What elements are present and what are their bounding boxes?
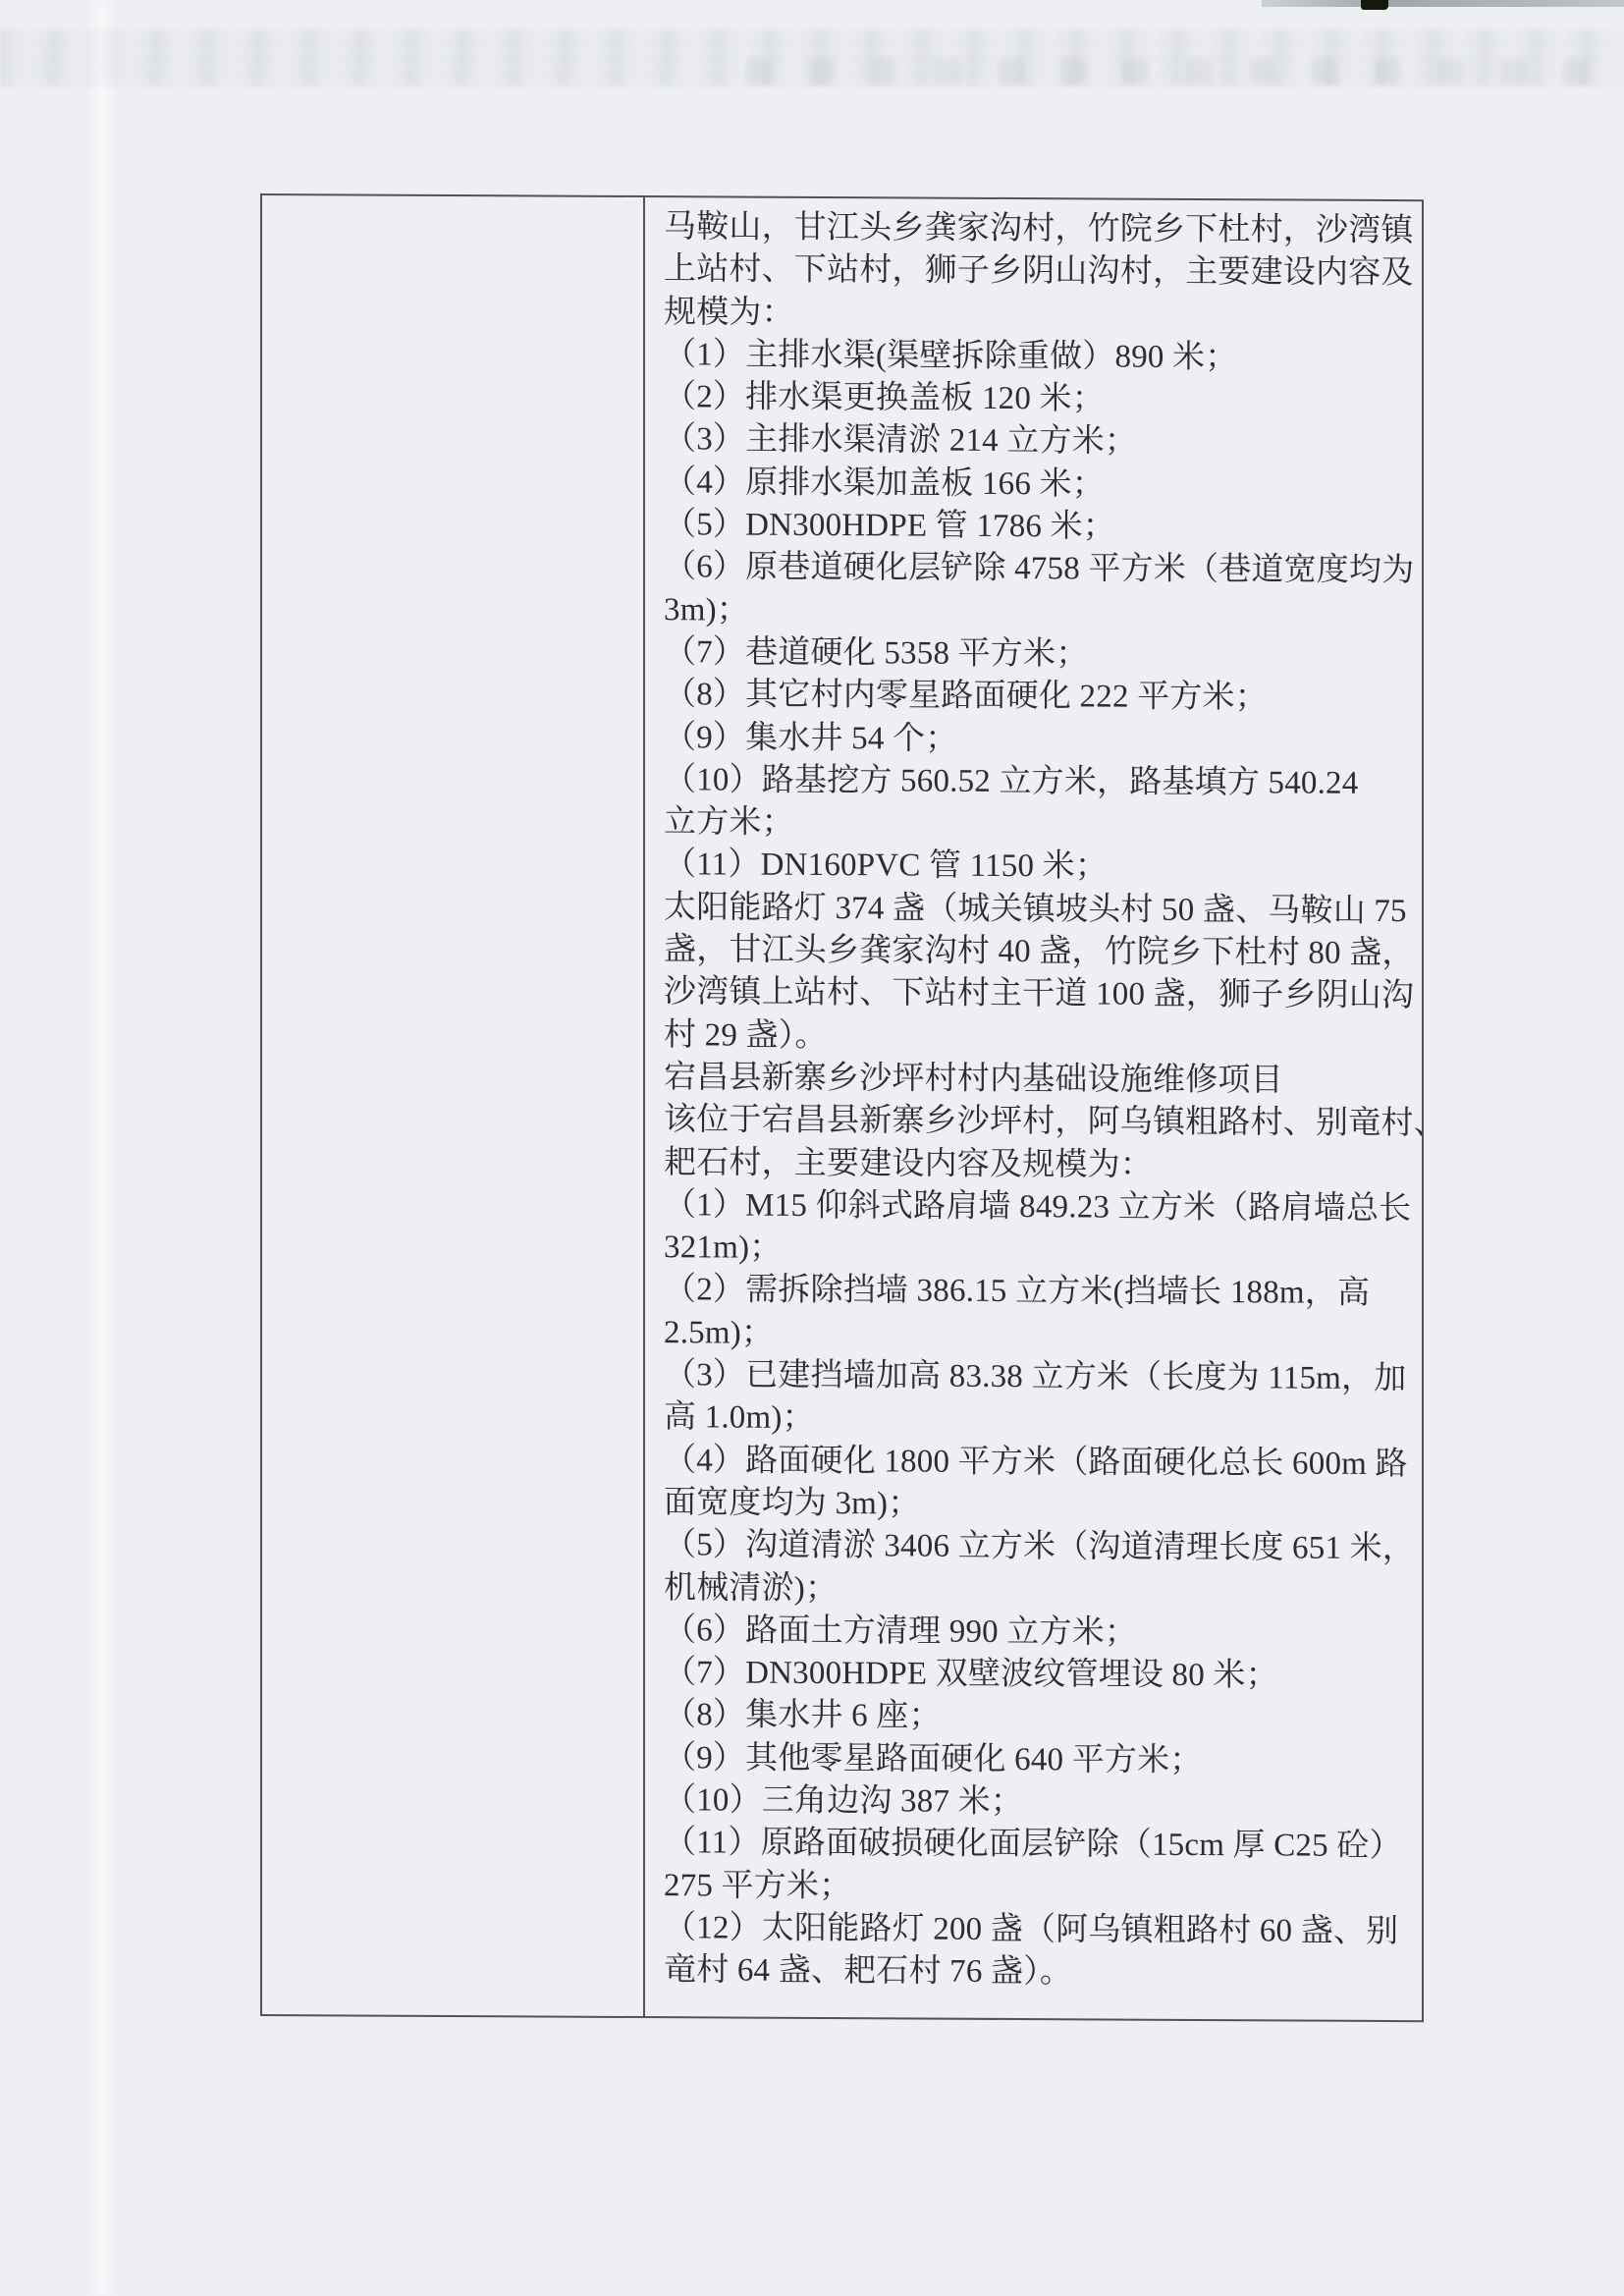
text-line: （3）主排水渠清淤 214 立方米；: [664, 419, 1416, 465]
text-line: （4）原排水渠加盖板 166 米；: [664, 462, 1416, 508]
text-line: （9）其他零星路面硬化 640 平方米；: [664, 1737, 1416, 1783]
text-line: 村 29 盏）。: [664, 1014, 1416, 1061]
text-line: 275 平方米；: [664, 1865, 1416, 1911]
text-line: （3）已建挡墙加高 83.38 立方米（长度为 115m，加: [664, 1354, 1416, 1400]
text-line: （5）沟道清淤 3406 立方米（沟道清理长度 651 米，: [664, 1524, 1416, 1570]
text-line: 竜村 64 盏、耙石村 76 盏）。: [664, 1949, 1416, 1995]
text-line: （11）原路面破损硬化面层铲除（15cm 厚 C25 砼）: [664, 1822, 1416, 1868]
text-line: 机械清淤)；: [664, 1567, 1416, 1613]
text-line: （1）M15 仰斜式路肩墙 849.23 立方米（路肩墙总长: [664, 1184, 1416, 1230]
text-line: 马鞍山，甘江头乡龚家沟村，竹院乡下杜村，沙湾镇: [664, 206, 1416, 252]
text-line: （6）原巷道硬化层铲除 4758 平方米（巷道宽度均为: [664, 547, 1416, 593]
text-line: 面宽度均为 3m)；: [664, 1482, 1416, 1528]
text-line: （12）太阳能路灯 200 盏（阿乌镇粗路村 60 盏、别: [664, 1907, 1416, 1953]
text-line: 沙湾镇上站村、下站村主干道 100 盏，狮子乡阴山沟: [664, 971, 1416, 1017]
scan-left-light-strip: [94, 0, 110, 2296]
text-line: 耙石村，主要建设内容及规模为：: [664, 1142, 1416, 1188]
text-line: （1）主排水渠(渠壁拆除重做）890 米；: [664, 334, 1416, 380]
text-line: （6）路面土方清理 990 立方米；: [664, 1610, 1416, 1656]
text-line: 321m)；: [664, 1227, 1416, 1273]
text-line: 上站村、下站村，狮子乡阴山沟村，主要建设内容及: [664, 248, 1416, 295]
text-line: （8）其它村内零星路面硬化 222 平方米；: [664, 674, 1416, 720]
text-line: （7）巷道硬化 5358 平方米；: [664, 631, 1416, 678]
text-line: 规模为：: [664, 292, 1416, 338]
text-line: 太阳能路灯 374 盏（城关镇坡头村 50 盏、马鞍山 75: [664, 887, 1416, 933]
text-line: （10）三角边沟 387 米；: [664, 1779, 1416, 1826]
text-line: （4）路面硬化 1800 平方米（路面硬化总长 600m 路: [664, 1440, 1416, 1486]
text-line: （2）需拆除挡墙 386.15 立方米(挡墙长 188m，高: [664, 1270, 1416, 1316]
table-cell-right-content: 马鞍山，甘江头乡龚家沟村，竹院乡下杜村，沙湾镇上站村、下站村，狮子乡阴山沟村，主…: [645, 197, 1422, 2020]
text-line: 2.5m)；: [664, 1312, 1416, 1358]
text-line: 3m)；: [664, 589, 1416, 635]
text-line: 立方米；: [664, 801, 1416, 847]
text-line: 高 1.0m)；: [664, 1396, 1416, 1443]
scanned-document-page: { "page": { "background_color": "#edeff3…: [0, 0, 1624, 2296]
table-cell-left-empty: [262, 195, 645, 2016]
scan-noise-band-secondary: [746, 59, 1624, 84]
text-line: 盏，甘江头乡龚家沟村 40 盏，竹院乡下杜村 80 盏，: [664, 929, 1416, 975]
text-line: （11）DN160PVC 管 1150 米；: [664, 845, 1416, 891]
text-line: （8）集水井 6 座；: [664, 1695, 1416, 1741]
text-line: （5）DN300HDPE 管 1786 米；: [664, 504, 1416, 550]
text-line: 该位于宕昌县新寨乡沙坪村，阿乌镇粗路村、别竜村、: [664, 1099, 1416, 1145]
scan-top-edge-strip: [1262, 0, 1624, 7]
text-line: 宕昌县新寨乡沙坪村村内基础设施维修项目: [664, 1057, 1416, 1103]
text-line: （7）DN300HDPE 双壁波纹管埋设 80 米；: [664, 1652, 1416, 1698]
text-line: （2）排水渠更换盖板 120 米；: [664, 376, 1416, 422]
scan-top-edge-mark: [1361, 0, 1388, 10]
document-table: 马鞍山，甘江头乡龚家沟村，竹院乡下杜村，沙湾镇上站村、下站村，狮子乡阴山沟村，主…: [260, 193, 1424, 2022]
text-line: （9）集水井 54 个；: [664, 717, 1416, 763]
text-line: （10）路基挖方 560.52 立方米，路基填方 540.24: [664, 759, 1416, 805]
